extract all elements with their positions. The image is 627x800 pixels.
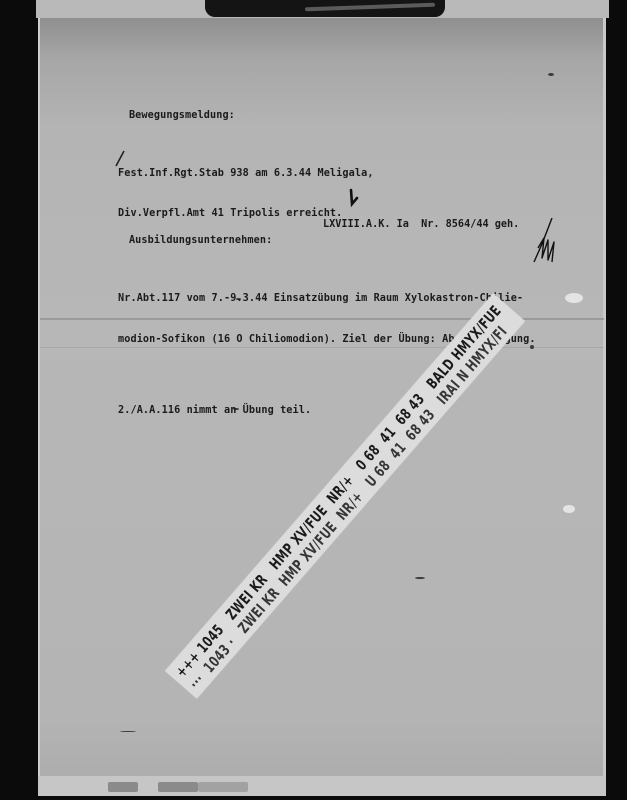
punch-mark — [563, 505, 575, 513]
paper-tab — [198, 782, 248, 792]
document-body: Bewegungsmeldung: Fest.Inf.Rgt.Stab 938 … — [104, 95, 536, 445]
speck — [120, 731, 136, 732]
movement-heading: Bewegungsmeldung: — [129, 110, 235, 121]
training-line-1: Nr.Abt.117 vom 7.-9.3.44 Einsatzübung im… — [104, 292, 536, 306]
paper-tab — [158, 782, 198, 792]
pencil-tick-icon — [348, 188, 360, 208]
reference-number: LXVIII.A.K. Ia Nr. 8564/44 geh. — [323, 219, 519, 230]
movement-line-1: Fest.Inf.Rgt.Stab 938 am 6.3.44 Meligala… — [104, 167, 536, 181]
signature-icon — [530, 218, 560, 266]
paper-tab — [108, 782, 138, 792]
binding-clip — [205, 0, 445, 17]
training-line-3: 2./A.A.116 nimmt an Übung teil. — [104, 404, 536, 418]
check-mark-icon — [114, 150, 126, 168]
punch-mark — [565, 293, 583, 303]
training-heading: Ausbildungsunternehmen: — [129, 235, 272, 246]
page-bottom-edge — [38, 776, 606, 796]
speck — [548, 73, 554, 76]
speck — [415, 577, 425, 579]
